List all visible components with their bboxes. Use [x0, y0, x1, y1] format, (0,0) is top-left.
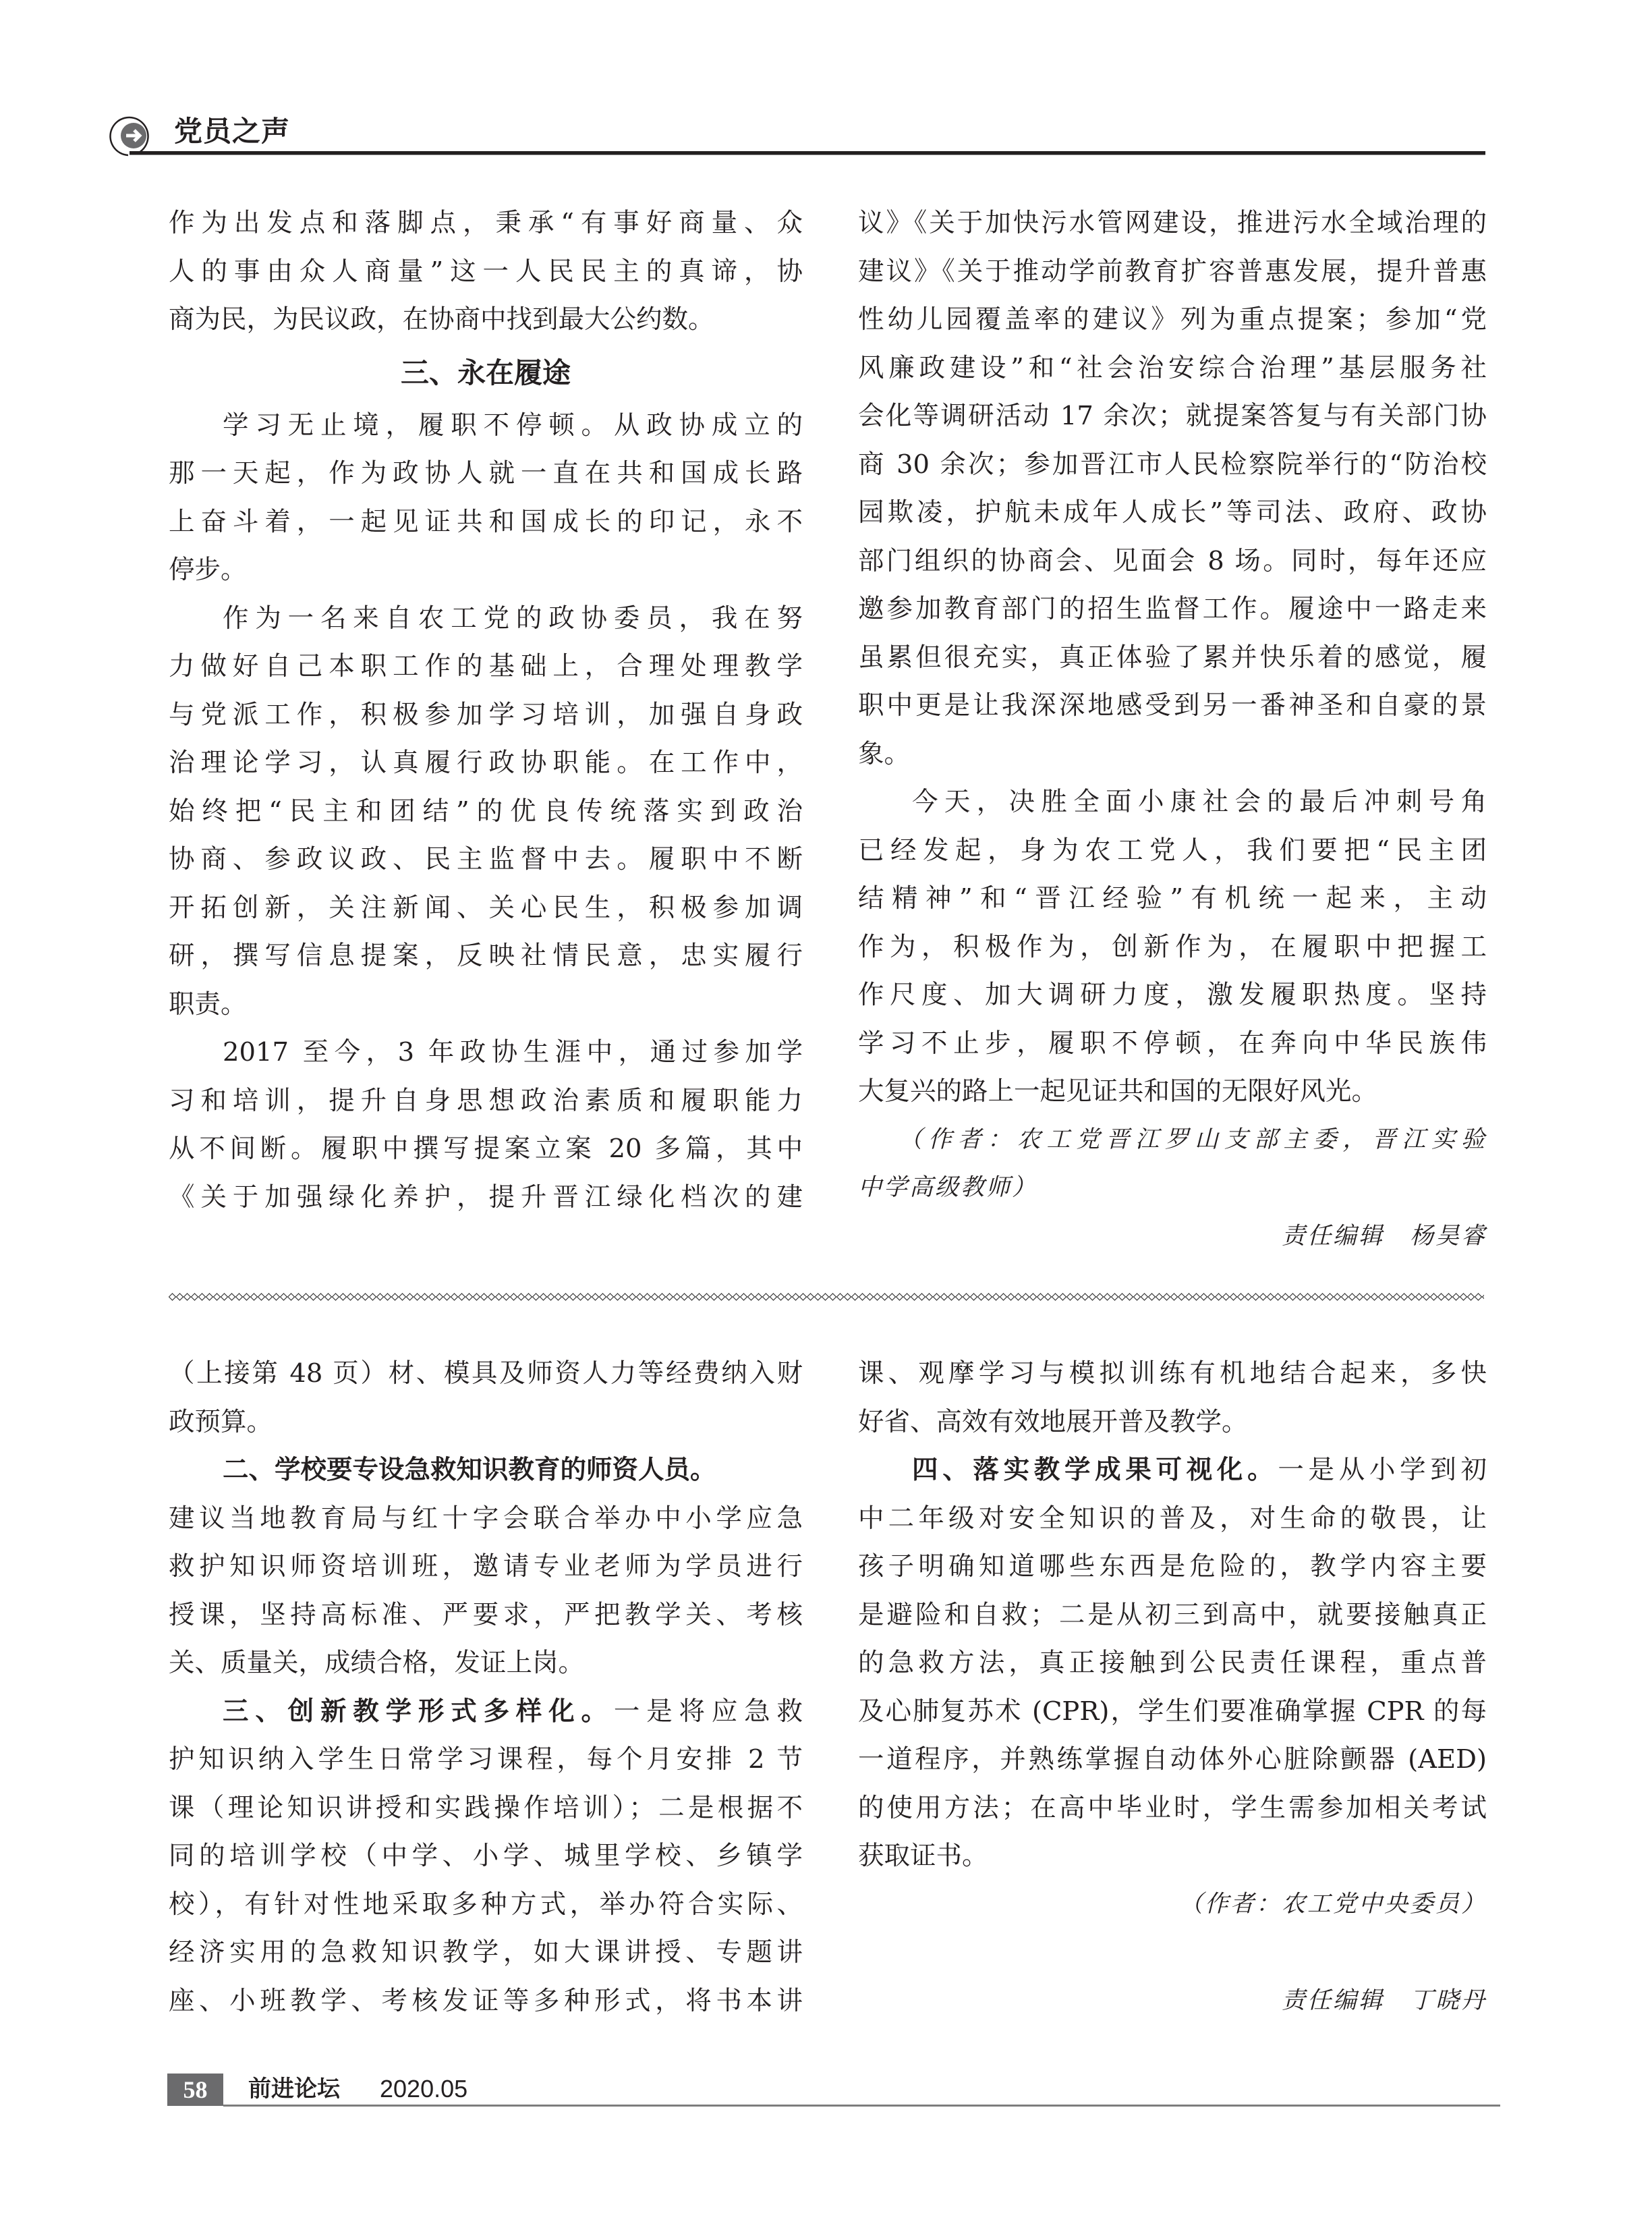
- text-line: 始终把“民主和团结”的优良传统落实到政治: [169, 787, 803, 836]
- text-line: 开拓创新，关注新闻、关心民生，积极参加调: [169, 884, 803, 933]
- page-number-badge: 58: [167, 2074, 223, 2106]
- text-line: 的急救方法，真正接触到公民责任课程，重点普: [858, 1639, 1487, 1688]
- text-line: 今天，决胜全面小康社会的最后冲刺号角: [858, 778, 1487, 827]
- text-line: 大复兴的路上一起见证共和国的无限好风光。: [858, 1067, 1487, 1116]
- text-line: 人的事由众人商量”这一人民民主的真谛，协: [169, 248, 803, 296]
- text-line: 是避险和自救；二是从初三到高中，就要接触真正: [858, 1591, 1487, 1640]
- text-line: 孩子明确知道哪些东西是危险的，教学内容主要: [858, 1542, 1487, 1591]
- text-line: 议》《关于加快污水管网建设，推进污水全域治理的: [858, 199, 1487, 248]
- text-line: 好省、高效有效地展开普及教学。: [858, 1398, 1487, 1447]
- text-line: 会化等调研活动 17 余次；就提案答复与有关部门协: [858, 392, 1487, 441]
- text-line: 风廉政建设”和“社会治安综合治理”基层服务社: [858, 344, 1487, 393]
- text-line: 获取证书。: [858, 1832, 1487, 1881]
- author-byline: （作者：农工党中央委员）: [858, 1881, 1487, 1929]
- text-line: 结精神”和“晋江经验”有机统一起来，主动: [858, 874, 1487, 923]
- top-article-left-column: 作为出发点和落脚点，秉承“有事好商量、众 人的事由众人商量”这一人民民主的真谛，…: [169, 199, 803, 1221]
- text-line: 习和培训，提升自身思想政治素质和履职能力: [169, 1077, 803, 1125]
- text-line: 商为民，为民议政，在协商中找到最大公约数。: [169, 296, 803, 344]
- text-line: 建议当地教育局与红十字会联合举办中小学应急: [169, 1495, 803, 1543]
- text-line: 作为一名来自农工党的政协委员，我在努: [169, 594, 803, 643]
- text-line: 建议》《关于推动学前教育扩容普惠发展，提升普惠: [858, 248, 1487, 296]
- section-header: 党员之声: [101, 108, 1491, 162]
- text-line: 关、质量关，成绩合格，发证上岗。: [169, 1639, 803, 1688]
- text-line: 学习不止步，履职不停顿，在奔向中华民族伟: [858, 1020, 1487, 1068]
- text-line: 同的培训学校（中学、小学、城里学校、乡镇学: [169, 1832, 803, 1881]
- text-line: 学习无止境，履职不停顿。从政协成立的: [169, 401, 803, 450]
- text-line: 邀参加教育部门的招生监督工作。履途中一路走来: [858, 585, 1487, 634]
- bottom-article-right-column: 课、观摩学习与模拟训练有机地结合起来，多快 好省、高效有效地展开普及教学。 四、…: [858, 1349, 1487, 2025]
- text-line: 与党派工作，积极参加学习培训，加强自身政: [169, 691, 803, 740]
- text-line: 校），有针对性地采取多种方式，举办符合实际、: [169, 1881, 803, 1929]
- publication-name: 前进论坛: [248, 2076, 340, 2103]
- text-line: 课（理论知识讲授和实践操作培训）；二是根据不: [169, 1784, 803, 1833]
- text-line: 职责。: [169, 980, 803, 1029]
- text-line: 作为出发点和落脚点，秉承“有事好商量、众: [169, 199, 803, 248]
- text-line-with-bold-lead: 四、落实教学成果可视化。一是从小学到初: [858, 1446, 1487, 1495]
- text-line: 商 30 余次；参加晋江市人民检察院举行的“防治校: [858, 441, 1487, 489]
- text-line: 作尺度、加大调研力度，激发履职热度。坚持: [858, 971, 1487, 1020]
- text-line: 职中更是让我深深地感受到另一番神圣和自豪的景: [858, 681, 1487, 730]
- header-rule: [130, 151, 1485, 155]
- top-article-right-column: 议》《关于加快污水管网建设，推进污水全域治理的 建议》《关于推动学前教育扩容普惠…: [858, 199, 1487, 1260]
- bold-lead-heading: 四、落实教学成果可视化。: [912, 1455, 1278, 1485]
- lead-rest: 一是从小学到初: [1278, 1455, 1487, 1485]
- text-line: 上奋斗着，一起见证共和国成长的印记，永不: [169, 498, 803, 547]
- text-line: 停步。: [169, 546, 803, 594]
- text-line: 园欺凌，护航未成年人成长”等司法、政府、政协: [858, 489, 1487, 537]
- text-line: 救护知识师资培训班，邀请专业老师为学员进行: [169, 1542, 803, 1591]
- text-line: 从不间断。履职中撰写提案立案 20 多篇，其中: [169, 1125, 803, 1173]
- responsible-editor: 责任编辑 丁晓丹: [858, 1977, 1487, 2026]
- text-line: 已经发起，身为农工党人，我们要把“民主团: [858, 827, 1487, 875]
- section-title: 党员之声: [174, 115, 290, 148]
- text-line-with-bold-lead: 三、创新教学形式多样化。一是将应急救: [169, 1688, 803, 1736]
- text-line: 经济实用的急救知识教学，如大课讲授、专题讲: [169, 1928, 803, 1977]
- text-line: 的使用方法；在高中毕业时，学生需参加相关考试: [858, 1784, 1487, 1833]
- text-line: 象。: [858, 730, 1487, 779]
- text-line: 协商、参政议政、民主监督中去。履职中不断: [169, 835, 803, 884]
- text-line: 研，撰写信息提案，反映社情民意，忠实履行: [169, 932, 803, 980]
- text-line: 部门组织的协商会、见面会 8 场。同时，每年还应: [858, 537, 1487, 586]
- text-line: 治理论学习，认真履行政协职能。在工作中，: [169, 739, 803, 787]
- text-line: 作为，积极作为，创新作为，在履职中把握工: [858, 923, 1487, 972]
- text-line: 那一天起，作为政协人就一直在共和国成长路: [169, 449, 803, 498]
- issue-date: 2020.05: [380, 2076, 467, 2103]
- text-line: 课、观摩学习与模拟训练有机地结合起来，多快: [858, 1349, 1487, 1398]
- text-line: 座、小班教学、考核发证等多种形式，将书本讲: [169, 1977, 803, 2026]
- text-line: 及心肺复苏术 (CPR)，学生们要准确掌握 CPR 的每: [858, 1688, 1487, 1736]
- bold-lead-heading: 二、学校要专设急救知识教育的师资人员。: [169, 1446, 803, 1495]
- text-line: 2017 至今，3 年政协生涯中，通过参加学: [169, 1028, 803, 1077]
- text-line: 性幼儿园覆盖率的建议》列为重点提案；参加“党: [858, 296, 1487, 344]
- text-line: 中二年级对安全知识的普及，对生命的敬畏，让: [858, 1495, 1487, 1543]
- section-heading: 三、永在履途: [169, 344, 803, 401]
- text-line: 力做好自己本职工作的基础上，合理处理教学: [169, 642, 803, 691]
- text-line: 虽累但很充实，真正体验了累并快乐着的感觉，履: [858, 634, 1487, 682]
- page-footer: 58 前进论坛 2020.05: [167, 2071, 1503, 2112]
- text-line: 政预算。: [169, 1398, 803, 1447]
- text-line: 授课，坚持高标准、严要求，严把教学关、考核: [169, 1591, 803, 1640]
- author-byline: 中学高级教师）: [858, 1164, 1487, 1213]
- lead-rest: 一是将应急救: [614, 1696, 803, 1727]
- text-line: 《关于加强绿化养护，提升晋江绿化档次的建: [169, 1173, 803, 1222]
- bottom-article-left-column: （上接第 48 页）材、模具及师资人力等经费纳入财 政预算。 二、学校要专设急救…: [169, 1349, 803, 2025]
- author-byline: （作者：农工党晋江罗山支部主委，晋江实验: [858, 1116, 1487, 1165]
- spacer: [858, 1928, 1487, 1977]
- responsible-editor: 责任编辑 杨昊睿: [858, 1213, 1487, 1261]
- text-line: 一道程序，并熟练掌握自动体外心脏除颤器 (AED): [858, 1735, 1487, 1784]
- footer-rule: [223, 2105, 1500, 2107]
- text-line: （上接第 48 页）材、模具及师资人力等经费纳入财: [169, 1349, 803, 1398]
- bold-lead-heading: 三、创新教学形式多样化。: [223, 1696, 614, 1727]
- diamond-chain-divider: [169, 1291, 1484, 1302]
- text-line: 护知识纳入学生日常学习课程，每个月安排 2 节: [169, 1735, 803, 1784]
